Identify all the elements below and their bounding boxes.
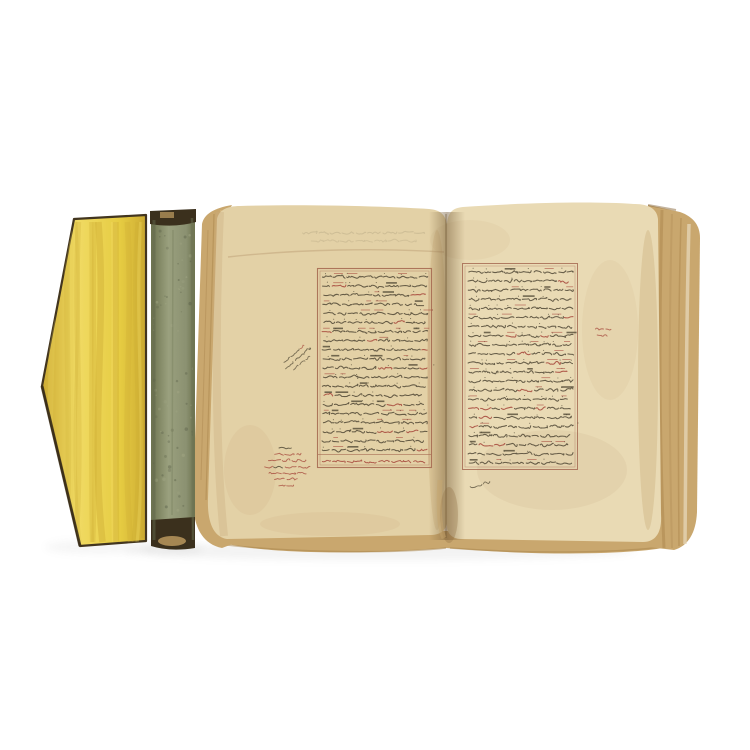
stroke [380, 427, 381, 428]
stroke [413, 291, 414, 292]
stroke [165, 303, 167, 305]
stroke [185, 427, 189, 431]
stroke [551, 441, 552, 442]
stroke [359, 337, 360, 338]
stroke [181, 259, 183, 261]
stroke [557, 377, 558, 378]
stroke [512, 377, 513, 378]
stroke [333, 419, 334, 420]
stroke [473, 268, 474, 269]
stroke [422, 350, 427, 351]
stroke [486, 278, 487, 279]
stroke [349, 382, 350, 383]
stroke [168, 435, 170, 437]
stroke [180, 292, 182, 294]
stroke [180, 243, 182, 245]
stroke [497, 314, 498, 315]
stroke [503, 404, 504, 405]
stroke [159, 230, 162, 233]
stroke [401, 318, 402, 319]
stroke [127, 222, 131, 542]
stroke [333, 319, 334, 320]
stroke [522, 341, 523, 342]
stroke [168, 440, 171, 443]
stroke [419, 382, 420, 383]
stroke [91, 222, 92, 542]
stroke [164, 400, 167, 403]
stroke [174, 479, 176, 481]
stroke [544, 341, 545, 342]
stroke [527, 451, 528, 452]
stroke [344, 319, 345, 320]
stroke [368, 291, 369, 292]
stroke [577, 422, 578, 423]
stroke [372, 400, 373, 401]
stroke [512, 323, 513, 324]
stroke [468, 396, 469, 397]
stroke [469, 313, 470, 314]
stroke [484, 442, 485, 443]
stroke [485, 368, 486, 369]
left-page [208, 205, 447, 539]
stroke [486, 268, 487, 269]
stroke [156, 301, 159, 304]
stroke [433, 364, 434, 365]
stroke [410, 318, 411, 319]
stroke [384, 273, 385, 274]
stroke [507, 305, 508, 306]
stroke [160, 304, 161, 305]
stroke [481, 359, 482, 360]
stroke [474, 387, 475, 388]
stroke [177, 263, 179, 265]
stroke [364, 355, 365, 356]
stroke [485, 272, 491, 273]
stroke [523, 359, 524, 360]
stroke [514, 432, 515, 433]
stroke [511, 278, 512, 279]
stroke [347, 273, 348, 274]
stroke [155, 395, 156, 396]
stroke [185, 372, 188, 375]
stroke [329, 310, 330, 311]
stroke [332, 428, 333, 429]
stroke [528, 351, 529, 352]
stroke [182, 287, 185, 290]
stroke [486, 360, 487, 361]
stroke [522, 286, 523, 287]
stroke [159, 236, 161, 238]
stroke [420, 309, 421, 310]
stroke [484, 377, 485, 378]
stroke [177, 391, 180, 394]
stroke [473, 277, 474, 278]
stroke [349, 282, 350, 283]
stroke [162, 478, 166, 482]
stroke [524, 395, 525, 396]
stroke [178, 495, 181, 498]
stroke [178, 279, 180, 281]
stroke [413, 437, 414, 438]
stroke [164, 295, 166, 297]
manuscript-photo [0, 0, 750, 750]
stroke [543, 350, 544, 351]
stroke [323, 401, 324, 402]
stroke [376, 282, 377, 283]
stroke [156, 306, 159, 309]
stroke [168, 465, 171, 468]
stroke [335, 374, 336, 375]
stroke [76, 222, 79, 542]
stroke [570, 377, 571, 378]
stroke [325, 273, 326, 274]
stroke [368, 382, 369, 383]
stroke [488, 305, 489, 306]
stroke [425, 273, 426, 274]
stroke [348, 300, 349, 301]
stroke [176, 447, 178, 449]
stroke [476, 296, 477, 297]
stroke [530, 342, 531, 343]
stroke [180, 286, 182, 288]
stroke [552, 396, 553, 397]
stroke [474, 432, 475, 433]
stroke [509, 341, 510, 342]
stroke [541, 396, 542, 397]
stroke [472, 332, 473, 333]
stroke [166, 296, 168, 298]
stroke [176, 410, 178, 412]
stroke [164, 455, 167, 458]
stroke [351, 364, 352, 365]
stroke [166, 247, 169, 250]
stroke [186, 403, 188, 405]
stroke [506, 396, 507, 397]
stroke [410, 446, 411, 447]
cloth-spine [150, 209, 196, 550]
stroke [182, 454, 185, 457]
stroke [181, 311, 182, 312]
stroke [529, 423, 530, 424]
stroke [176, 380, 178, 382]
stroke [403, 428, 404, 429]
stroke [543, 296, 544, 297]
stroke [326, 336, 327, 337]
stroke [499, 296, 500, 297]
stroke [403, 359, 409, 360]
stroke [341, 420, 342, 421]
stroke [522, 332, 523, 333]
stroke [397, 383, 398, 384]
stroke [541, 332, 542, 333]
stroke [161, 474, 163, 476]
stroke [553, 341, 554, 342]
stroke [345, 282, 346, 283]
stroke [510, 459, 511, 460]
stroke [543, 459, 544, 460]
stroke [539, 323, 540, 324]
stroke [537, 414, 538, 415]
stroke [164, 235, 166, 237]
stroke [548, 314, 549, 315]
stroke [470, 341, 471, 342]
stroke [362, 418, 363, 419]
stroke [561, 405, 562, 406]
stroke [356, 374, 357, 375]
stroke [391, 345, 392, 346]
stroke [185, 276, 187, 278]
stroke [353, 291, 354, 292]
stroke [470, 305, 471, 306]
stroke [177, 491, 180, 494]
stroke [495, 387, 496, 388]
stroke [176, 509, 179, 512]
stroke [372, 391, 373, 392]
stroke [541, 286, 542, 287]
stroke [397, 373, 398, 374]
stroke [560, 360, 561, 361]
stroke [184, 236, 187, 239]
stroke [167, 405, 169, 407]
stroke [528, 268, 529, 269]
stroke [158, 408, 161, 411]
stroke [409, 309, 410, 310]
stroke [411, 356, 412, 357]
stroke [182, 280, 185, 283]
stroke [160, 431, 161, 432]
stroke [561, 268, 562, 269]
stroke [182, 505, 184, 507]
stroke [323, 447, 324, 448]
stroke [340, 428, 341, 429]
stroke [388, 365, 389, 366]
stroke [356, 319, 357, 320]
stroke [179, 289, 180, 290]
stroke [419, 401, 420, 402]
stroke [474, 414, 475, 415]
stroke [98, 222, 103, 542]
stroke [168, 469, 171, 472]
stroke [510, 368, 511, 369]
stroke [364, 446, 365, 447]
stroke [328, 356, 329, 357]
stroke [177, 330, 179, 332]
gutter [429, 212, 465, 543]
stroke [475, 286, 476, 287]
stroke [354, 392, 355, 393]
stroke [407, 337, 408, 338]
stroke [497, 304, 498, 305]
stroke [165, 505, 168, 508]
stroke [424, 409, 425, 410]
photo-canvas [0, 0, 750, 750]
stroke [327, 282, 328, 283]
stroke [471, 323, 472, 324]
stroke [401, 274, 402, 275]
stroke [188, 234, 191, 237]
stroke [387, 338, 388, 339]
stroke [562, 396, 563, 397]
stroke [571, 360, 572, 361]
stroke [487, 405, 488, 406]
stroke [366, 319, 367, 320]
stroke [518, 296, 519, 297]
